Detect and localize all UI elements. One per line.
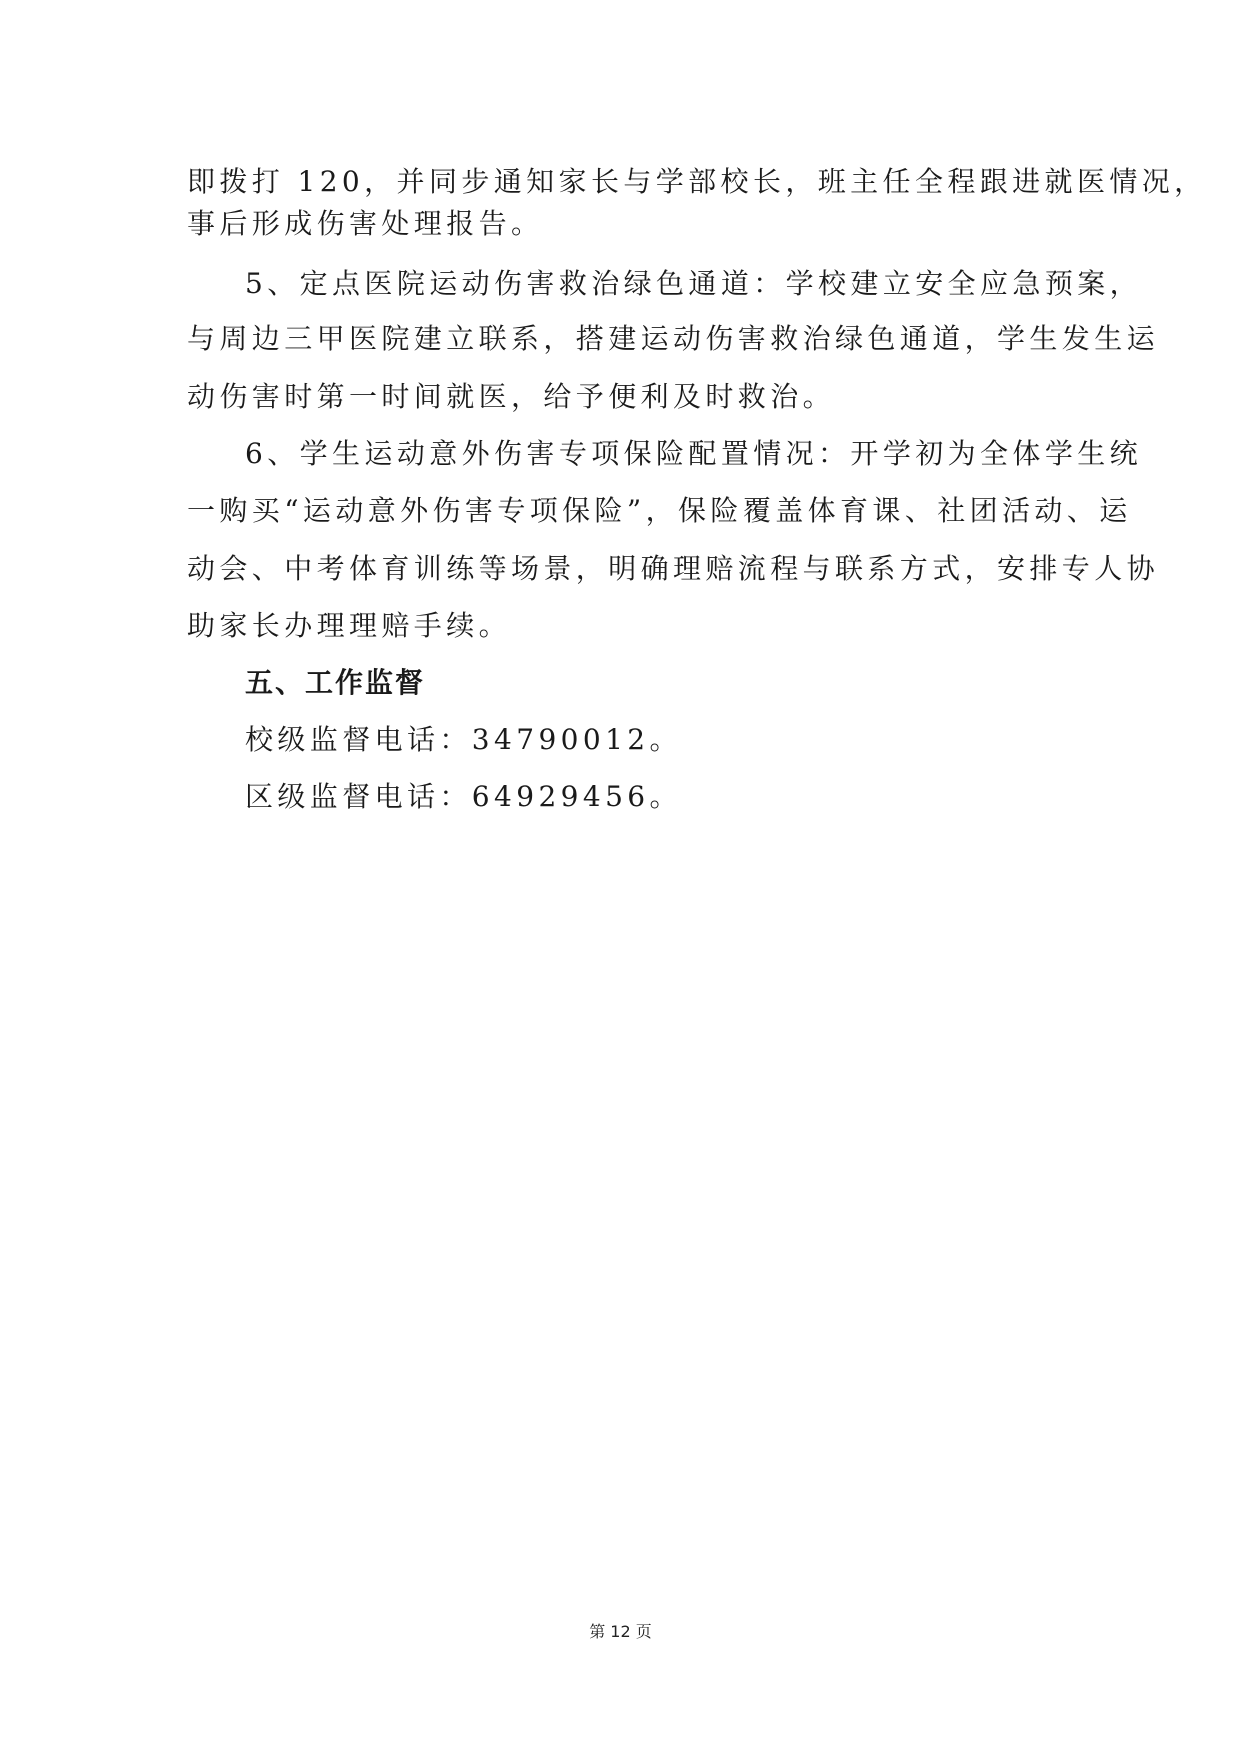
paragraph-line: 6、学生运动意外伤害专项保险配置情况：开学初为全体学生统 [245,437,1125,471]
page-number: 第 12 页 [0,1619,1241,1642]
paragraph-line: 与周边三甲医院建立联系，搭建运动伤害救治绿色通道，学生发生运 [187,322,1067,356]
paragraph-line: 事后形成伤害处理报告。 [187,207,1067,241]
paragraph-line: 动伤害时第一时间就医，给予便利及时救治。 [187,380,1067,414]
supervision-phone-school: 校级监督电话：34790012。 [245,723,1125,757]
paragraph-line: 即拨打 120，并同步通知家长与学部校长，班主任全程跟进就医情况， [187,165,1067,199]
supervision-phone-district: 区级监督电话：64929456。 [245,780,1125,814]
paragraph-line: 动会、中考体育训练等场景，明确理赔流程与联系方式，安排专人协 [187,552,1067,586]
document-page: 即拨打 120，并同步通知家长与学部校长，班主任全程跟进就医情况， 事后形成伤害… [0,0,1241,1754]
paragraph-line: 5、定点医院运动伤害救治绿色通道：学校建立安全应急预案， [245,267,1125,301]
paragraph-line: 一购买“运动意外伤害专项保险”，保险覆盖体育课、社团活动、运 [187,494,1067,528]
section-heading: 五、工作监督 [245,666,1125,700]
paragraph-line: 助家长办理理赔手续。 [187,609,1067,643]
